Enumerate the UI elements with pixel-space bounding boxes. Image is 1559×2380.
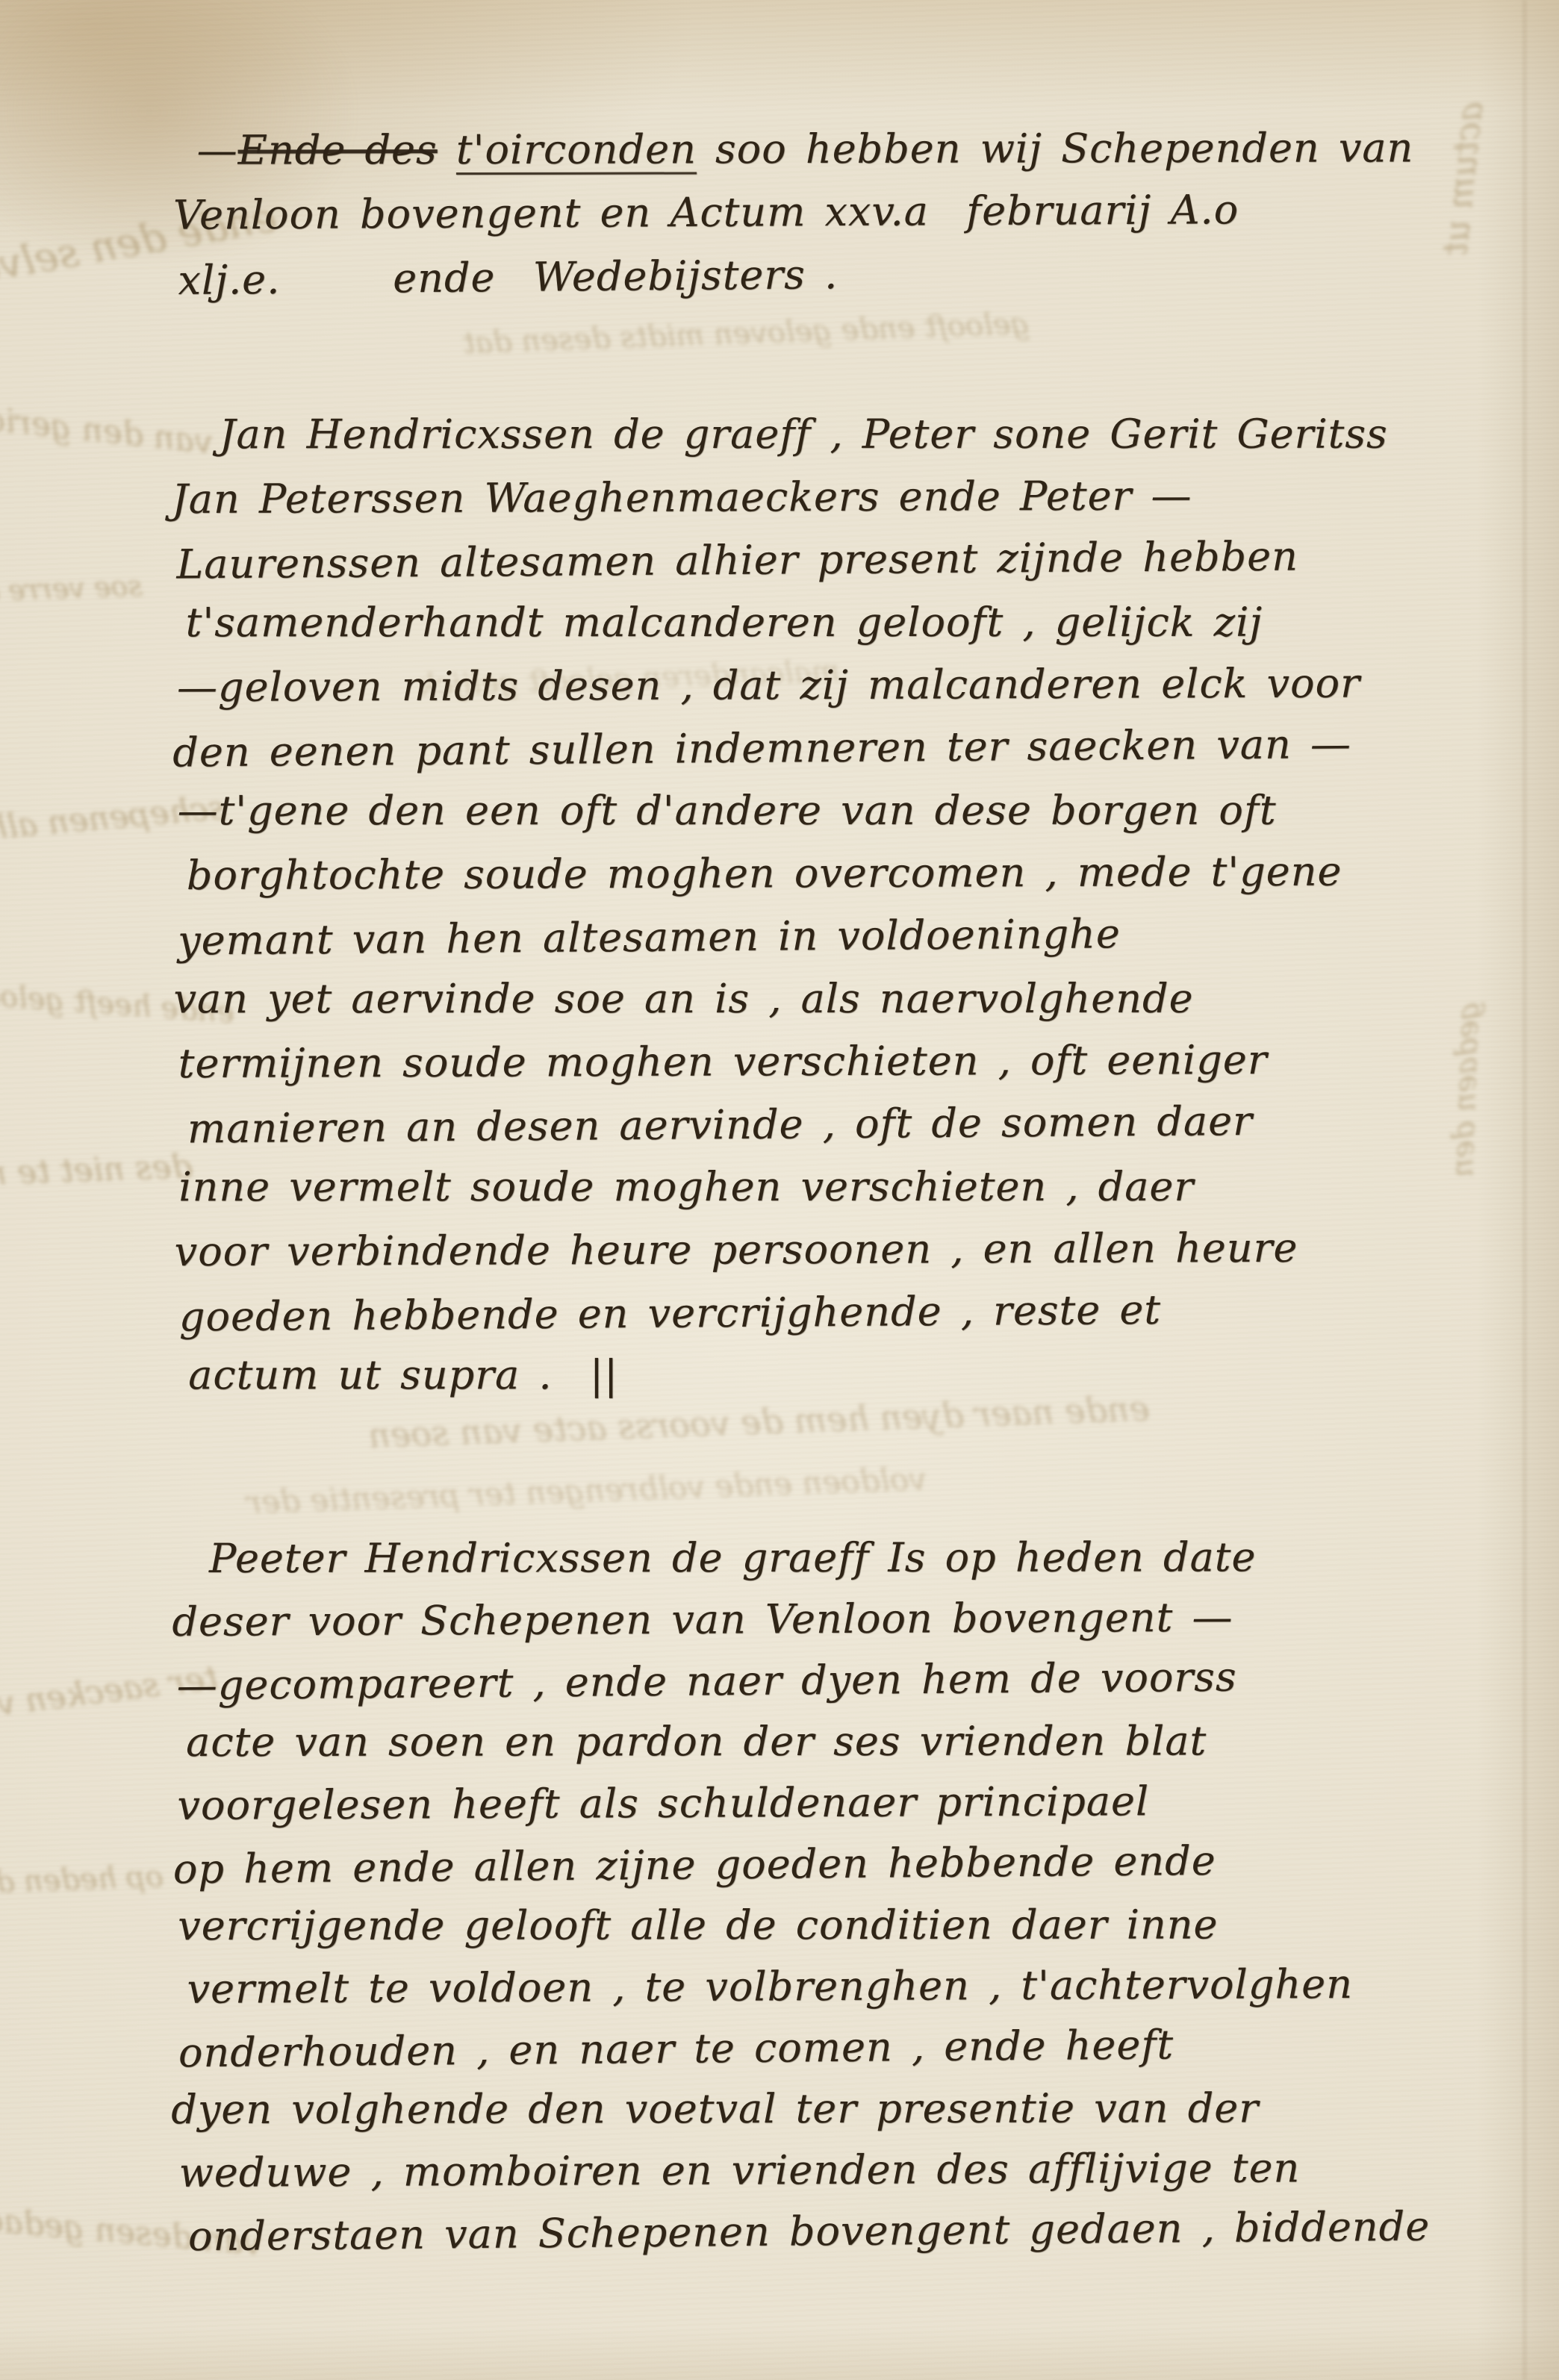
page-crease [1523,0,1526,2380]
manuscript-line: onderhouden , en naer te comen , ende he… [178,2012,1493,2084]
manuscript-line: Jan Hendricxssen de graeff , Peter sone … [220,403,1490,467]
manuscript-line: voorgelesen heeft als schuldenaer princi… [177,1769,1491,1837]
manuscript-line: acte van soen en pardon der ses vrienden… [186,1710,1491,1773]
manuscript-line: vercrijgende gelooft alle de conditien d… [178,1894,1492,1957]
manuscript-line: —t'gene den een oft d'andere van dese bo… [178,779,1492,843]
manuscript-line: vermelt te voldoen , te volbrenghen , t'… [187,1953,1492,2020]
bleedthrough-text: des niet te min [0,1145,193,1197]
manuscript-line: voor verbindende heure persoonen , en al… [174,1216,1493,1283]
bleedthrough-text: op heden date [0,1855,164,1906]
manuscript-line: Laurenssen altesamen alhier present zijn… [176,524,1491,596]
manuscript-line: —gecompareert , ende naer dyen hem de vo… [176,1645,1491,1716]
manuscript-line: onderstaen van Schepenen bovengent gedae… [188,2196,1494,2267]
manuscript-line: deser voor Schepenen van Venloon bovenge… [172,1586,1490,1653]
manuscript-line: Venloon bovengent en Actum xxv.a februar… [173,177,1492,246]
manuscript-line: borghtochte soude moghen overcomen , med… [187,840,1492,907]
manuscript-line: dyen volghende den voetval ter presentie… [171,2078,1493,2140]
manuscript-line: van yet aervinde soe an is , als naervol… [173,968,1492,1031]
manuscript-line: xlj.e. ende Wedebijsters . [178,237,1493,312]
paragraph-joint-surety: Jan Hendricxssen de graeff , Peter sone … [176,401,1494,1409]
manuscript-scan: { "document": { "type_label": "handwritt… [0,0,1559,2380]
strikethrough-text: Ende des [237,126,437,174]
manuscript-line: Peeter Hendricxssen de graeff Is op hede… [209,1527,1490,1589]
manuscript-line: Jan Peterssen Waeghenmaeckers ende Peter… [172,464,1490,531]
bleedthrough-text: soe verre die [0,564,143,614]
paragraph-closing-clause: —Ende des t'oirconden soo hebben wij Sch… [177,114,1492,309]
manuscript-line: yemant van hen altesamen in voldoeninghe [178,900,1493,973]
manuscript-line: den eenen pant sullen indemneren ter sae… [172,712,1492,785]
manuscript-line: inne vermelt soude moghen verschieten , … [178,1156,1493,1219]
manuscript-line: op hem ende allen zijne goeden hebbende … [173,1828,1493,1900]
manuscript-line: weduwe , momboiren en vrienden des affli… [178,2137,1493,2204]
manuscript-line: termijnen soude moghen verschieten , oft… [178,1028,1493,1095]
manuscript-page: ende den selven van den gerichte soe ver… [0,0,1559,2380]
underlined-text: t'oirconden [456,125,697,173]
manuscript-line: t'samenderhandt malcanderen gelooft , ge… [186,591,1491,655]
manuscript-line: manieren an desen aervinde , oft de some… [187,1088,1493,1161]
manuscript-line: goeden hebbende en vercrijghende , reste… [179,1277,1494,1349]
manuscript-line: —Ende des t'oirconden soo hebben wij Sch… [196,116,1491,182]
manuscript-line: —geloven midts desen , dat zij malcander… [177,652,1491,719]
paragraph-comparition-entry: Peeter Hendricxssen de graeff Is op hede… [176,1524,1493,2265]
manuscript-line: actum ut supra . || [188,1344,1493,1407]
